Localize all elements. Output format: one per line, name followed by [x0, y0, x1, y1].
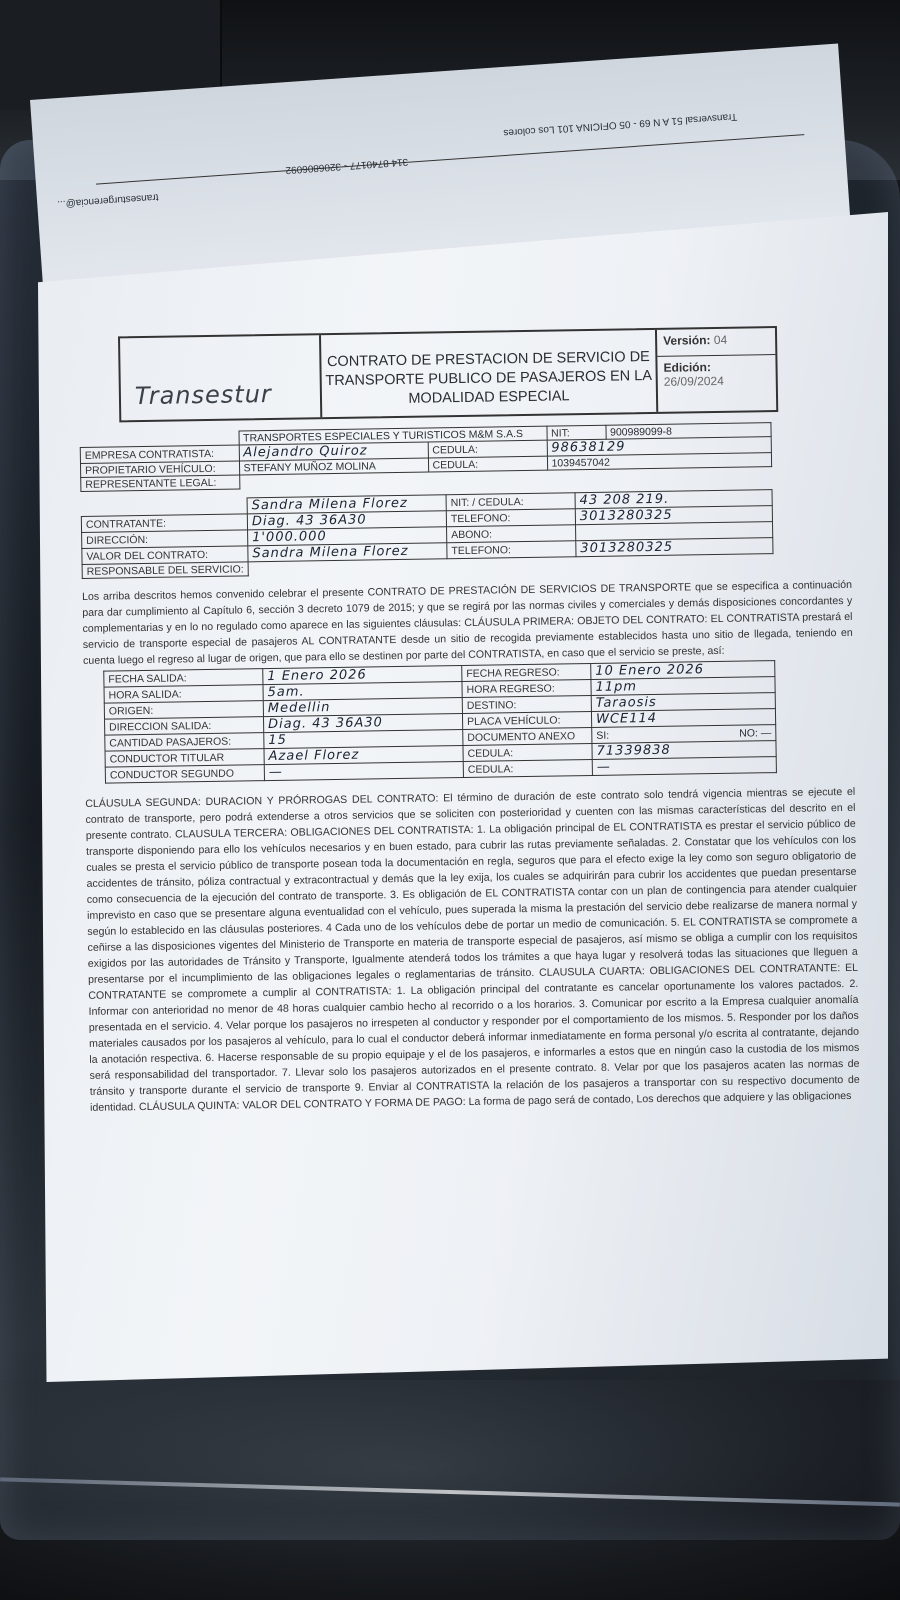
anexo-no-label: NO: —	[739, 727, 771, 740]
contract-content: Transestur CONTRATO DE PRESTACION DE SER…	[78, 325, 860, 1116]
contract-page: Transestur CONTRATO DE PRESTACION DE SER…	[38, 212, 888, 1382]
back-sheet-email: transesturgerencia@...	[57, 191, 159, 209]
version-box: Versión: 04 Edición:26/09/2024	[657, 328, 776, 412]
trip-value: —	[264, 762, 463, 781]
trip-label: CONDUCTOR SEGUNDO	[105, 765, 264, 783]
contract-header: Transestur CONTRATO DE PRESTACION DE SER…	[118, 326, 778, 422]
contract-title: CONTRATO DE PRESTACION DE SERVICIO DE TR…	[321, 330, 658, 417]
trip-label-2: CEDULA:	[463, 759, 592, 777]
trip-value-2: —	[592, 757, 776, 776]
back-sheet-phone: 314 8740177 - 3206806092	[285, 156, 408, 176]
edition-value: 26/09/2024	[664, 374, 724, 389]
representante-label: REPRESENTANTE LEGAL:	[81, 475, 240, 491]
clauses-paragraph: CLÁUSULA SEGUNDA: DURACION Y PRÓRROGAS D…	[85, 784, 860, 1116]
propietario-cedula-label: CEDULA:	[428, 440, 547, 458]
trip-table: FECHA SALIDA:1 Enero 2026FECHA REGRESO:1…	[103, 660, 777, 784]
edition-label: Edición:	[663, 360, 711, 375]
back-sheet-footer-line	[96, 134, 804, 185]
version-label: Versión:	[663, 333, 711, 348]
back-sheet-address: Transversal 51 A N 69 - 05 OFICINA 101 L…	[503, 111, 737, 138]
company-table: TRANSPORTES ESPECIALES Y TURISTICOS M&M …	[80, 422, 773, 492]
responsable-label: RESPONSABLE DEL SERVICIO:	[82, 562, 248, 579]
client-table: Sandra Milena Florez NIT: / CEDULA: 43 2…	[81, 489, 774, 579]
nit-label: NIT:	[546, 425, 605, 440]
version-value: 04	[714, 333, 728, 347]
anexo-si-label: SI:	[596, 729, 609, 741]
transestur-logo: Transestur	[120, 335, 322, 420]
intro-paragraph: Los arriba descritos hemos convenido cel…	[82, 577, 853, 669]
